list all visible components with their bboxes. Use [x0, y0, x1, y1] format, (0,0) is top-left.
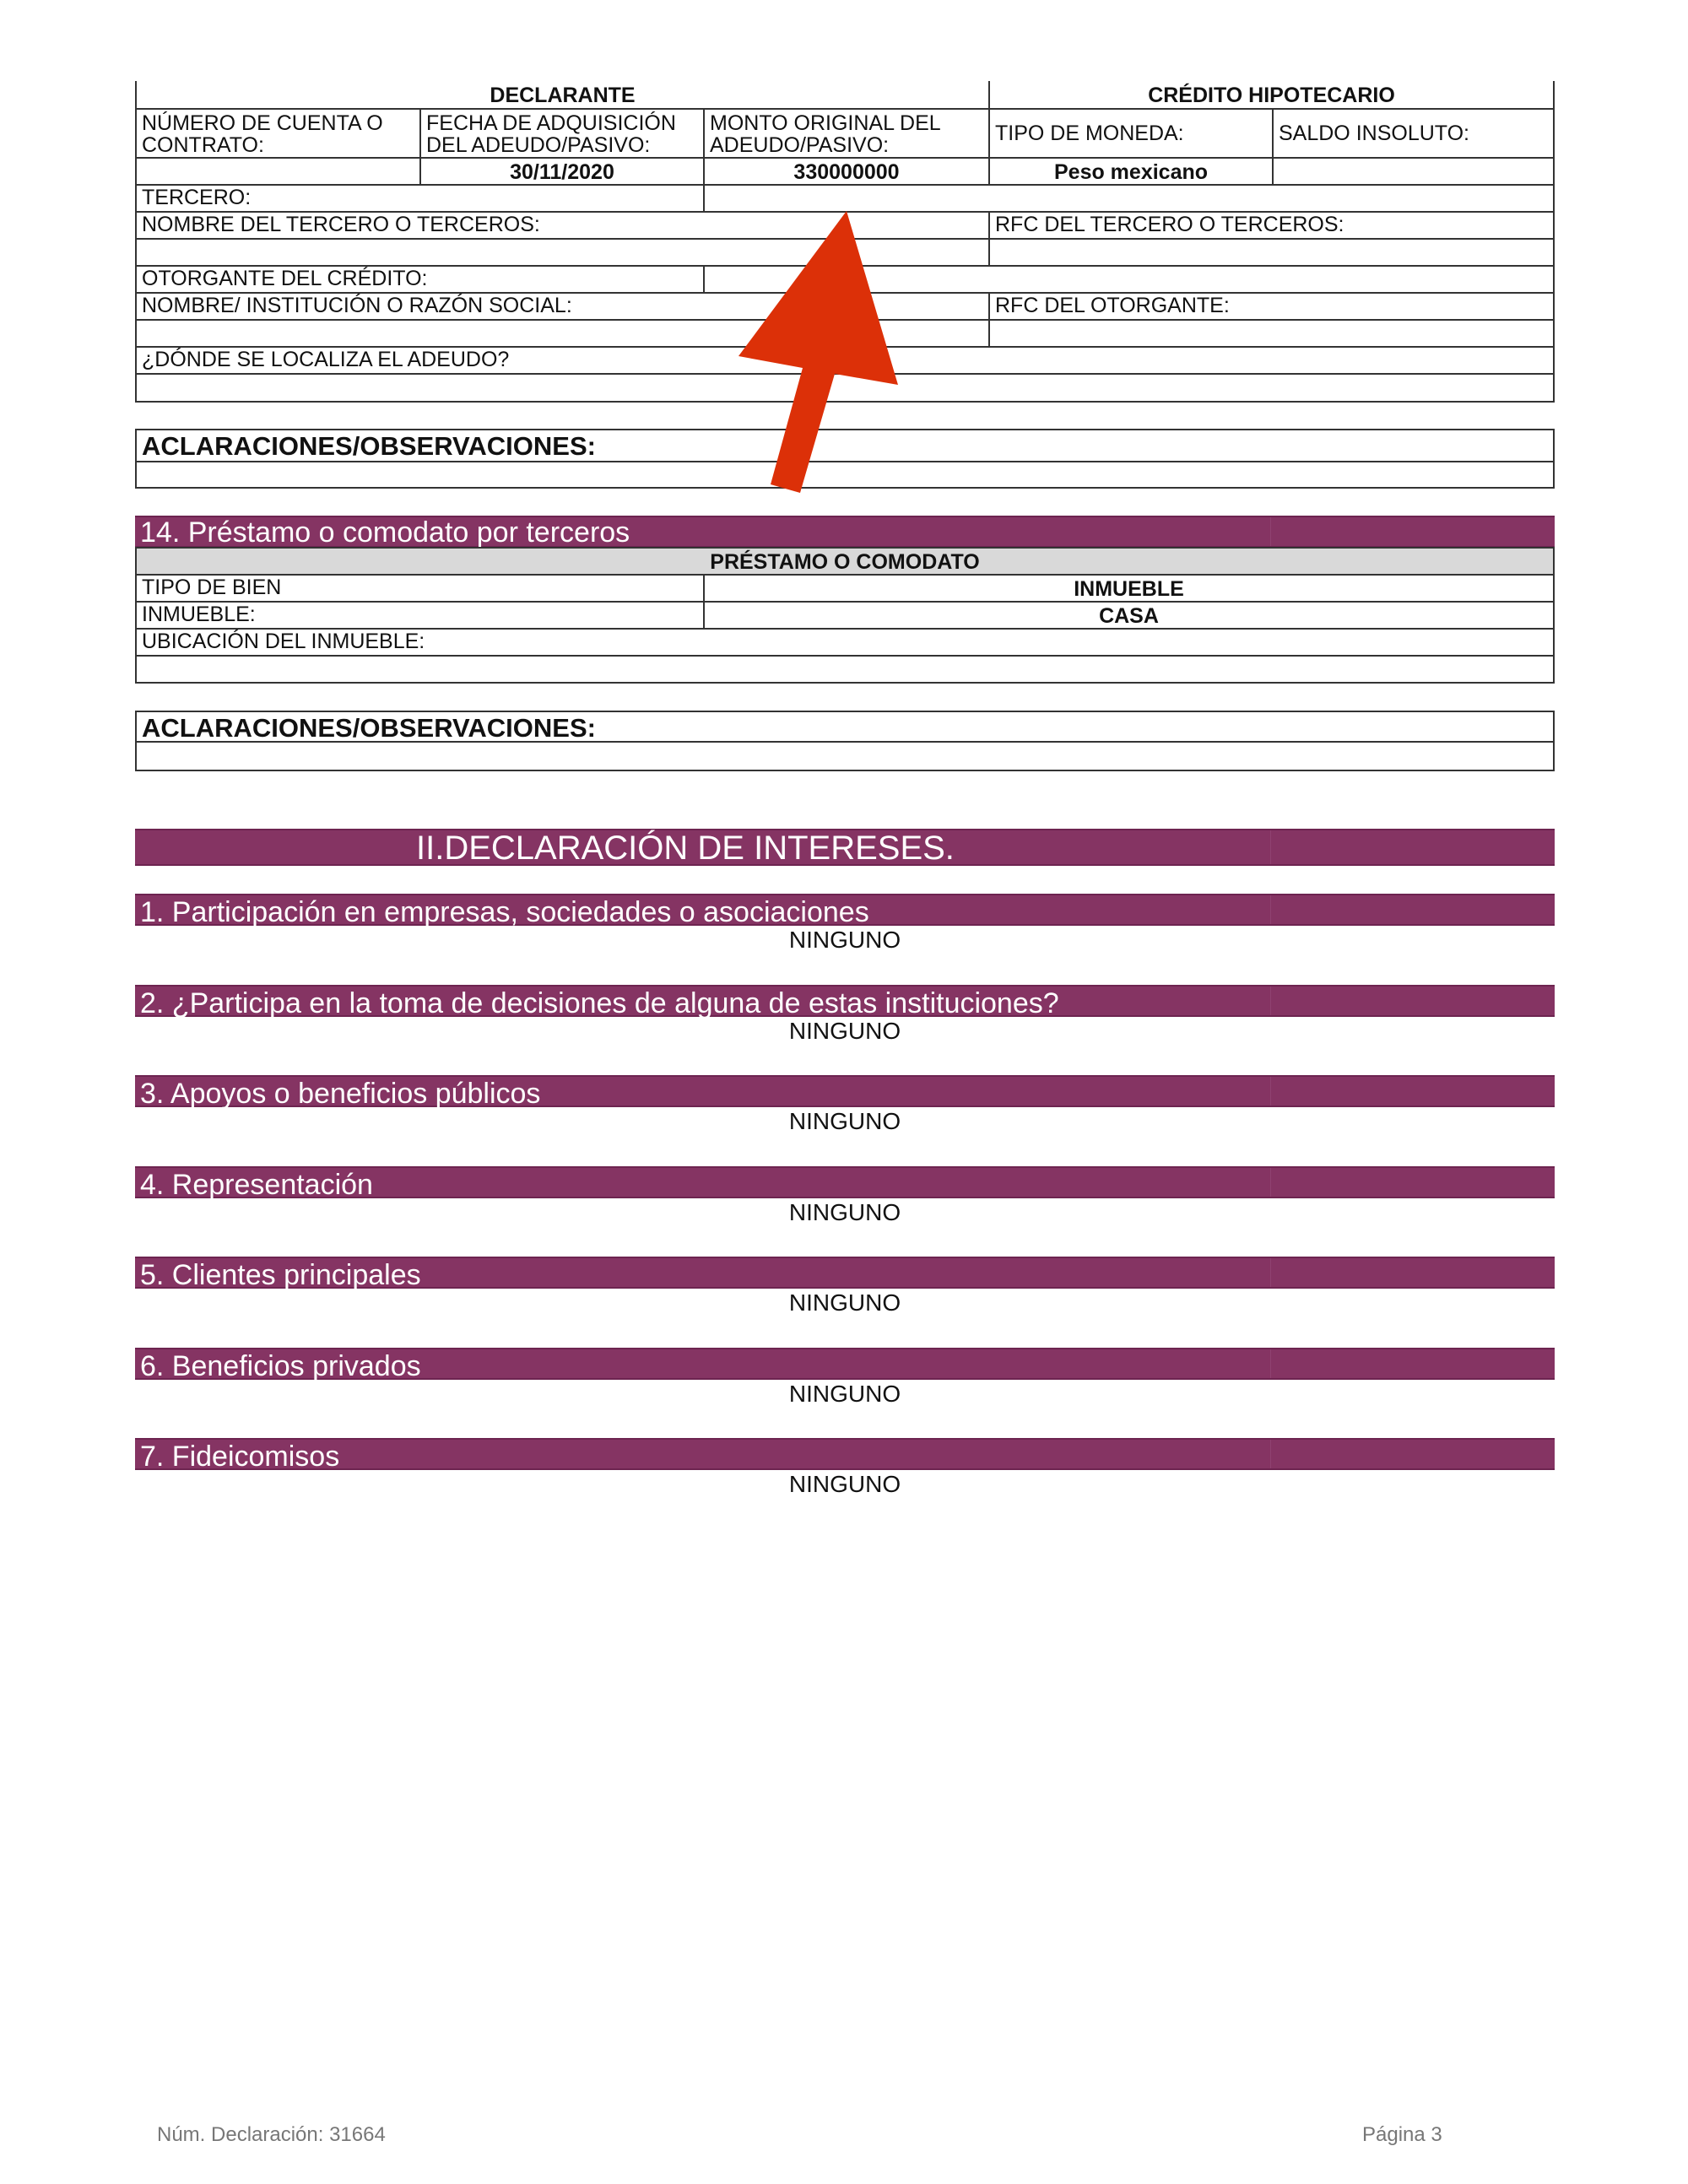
interest-section-header: 1. Participación en empresas, sociedades…: [135, 894, 1555, 926]
interest-section-title: 1. Participación en empresas, sociedades…: [135, 895, 1555, 929]
observations-value: [135, 461, 1555, 489]
label-nombre-tercero: NOMBRE DEL TERCERO O TERCEROS:: [135, 211, 990, 240]
interest-section-title: 4. Representación: [135, 1168, 1555, 1202]
interest-section-value: NINGUNO: [135, 1289, 1555, 1316]
value-fecha-adquisicion: 30/11/2020: [419, 157, 705, 186]
label-rfc-otorgante: RFC DEL OTORGANTE:: [988, 292, 1555, 321]
interest-section-header: 5. Clientes principales: [135, 1257, 1555, 1289]
value-nombre-tercero: [135, 238, 990, 267]
label-ubicacion-inmueble: UBICACIÓN DEL INMUEBLE:: [135, 628, 1555, 657]
value-tipo-moneda: Peso mexicano: [988, 157, 1274, 186]
value-localiza-adeudo: [135, 373, 1555, 403]
interest-section-header: 4. Representación: [135, 1166, 1555, 1198]
col-saldo-insoluto: SALDO INSOLUTO:: [1272, 108, 1555, 159]
label-tipo-bien: TIPO DE BIEN: [135, 574, 705, 603]
value-tipo-bien: INMUEBLE: [703, 574, 1555, 603]
interests-main-header: II.DECLARACIÓN DE INTERESES.: [135, 829, 1555, 866]
section-14-header: 14. Préstamo o comodato por terceros: [135, 516, 1555, 548]
value-numero-cuenta: [135, 157, 421, 186]
value-institucion: [135, 319, 990, 348]
interest-section-title: 6. Beneficios privados: [135, 1349, 1555, 1383]
prestamo-subheader: PRÉSTAMO O COMODATO: [135, 547, 1555, 576]
interest-section-header: 7. Fideicomisos: [135, 1438, 1555, 1470]
interest-section-value: NINGUNO: [135, 1018, 1555, 1045]
col-tipo-moneda: TIPO DE MONEDA:: [988, 108, 1274, 159]
interest-section-value: NINGUNO: [135, 1381, 1555, 1408]
label-otorgante: OTORGANTE DEL CRÉDITO:: [135, 265, 705, 294]
col-fecha-adquisicion: FECHA DE ADQUISICIÓN DEL ADEUDO/PASIVO:: [419, 108, 705, 159]
interest-section-value: NINGUNO: [135, 1471, 1555, 1498]
interest-section-title: 5. Clientes principales: [135, 1258, 1555, 1292]
value-ubicacion-inmueble: [135, 655, 1555, 684]
interest-section-title: 3. Apoyos o beneficios públicos: [135, 1077, 1555, 1111]
value-tercero: [703, 184, 1555, 213]
value-saldo-insoluto: [1272, 157, 1555, 186]
interest-section-title: 2. ¿Participa en la toma de decisiones d…: [135, 987, 1555, 1020]
interest-section-value: NINGUNO: [135, 1199, 1555, 1226]
header-declarante: DECLARANTE: [135, 81, 990, 110]
label-inmueble: INMUEBLE:: [135, 601, 705, 630]
label-institucion: NOMBRE/ INSTITUCIÓN O RAZÓN SOCIAL:: [135, 292, 990, 321]
value-rfc-tercero: [988, 238, 1555, 267]
observations-value: [135, 741, 1555, 771]
label-localiza-adeudo: ¿DÓNDE SE LOCALIZA EL ADEUDO?: [135, 346, 1555, 375]
label-rfc-tercero: RFC DEL TERCERO O TERCEROS:: [988, 211, 1555, 240]
label-tercero: TERCERO:: [135, 184, 705, 213]
interest-section-header: 2. ¿Participa en la toma de decisiones d…: [135, 985, 1555, 1017]
value-inmueble: CASA: [703, 601, 1555, 630]
value-monto-original: 330000000: [703, 157, 990, 186]
interest-section-value: NINGUNO: [135, 1108, 1555, 1135]
value-rfc-otorgante: [988, 319, 1555, 348]
header-credito-hipotecario: CRÉDITO HIPOTECARIO: [988, 81, 1555, 110]
value-otorgante: [703, 265, 1555, 294]
section-14-title: 14. Préstamo o comodato por terceros: [135, 517, 1555, 548]
interest-section-header: 3. Apoyos o beneficios públicos: [135, 1075, 1555, 1107]
interests-main-title: II.DECLARACIÓN DE INTERESES.: [416, 830, 955, 866]
observations-title: ACLARACIONES/OBSERVACIONES:: [135, 711, 1555, 743]
observations-title: ACLARACIONES/OBSERVACIONES:: [135, 429, 1555, 462]
footer-page-number: Página 3: [1362, 2123, 1442, 2147]
footer-declaration-number: Núm. Declaración: 31664: [157, 2123, 386, 2147]
col-numero-cuenta: NÚMERO DE CUENTA O CONTRATO:: [135, 108, 421, 159]
interest-section-title: 7. Fideicomisos: [135, 1440, 1555, 1473]
col-monto-original: MONTO ORIGINAL DEL ADEUDO/PASIVO:: [703, 108, 990, 159]
interest-section-header: 6. Beneficios privados: [135, 1348, 1555, 1380]
interest-section-value: NINGUNO: [135, 927, 1555, 954]
